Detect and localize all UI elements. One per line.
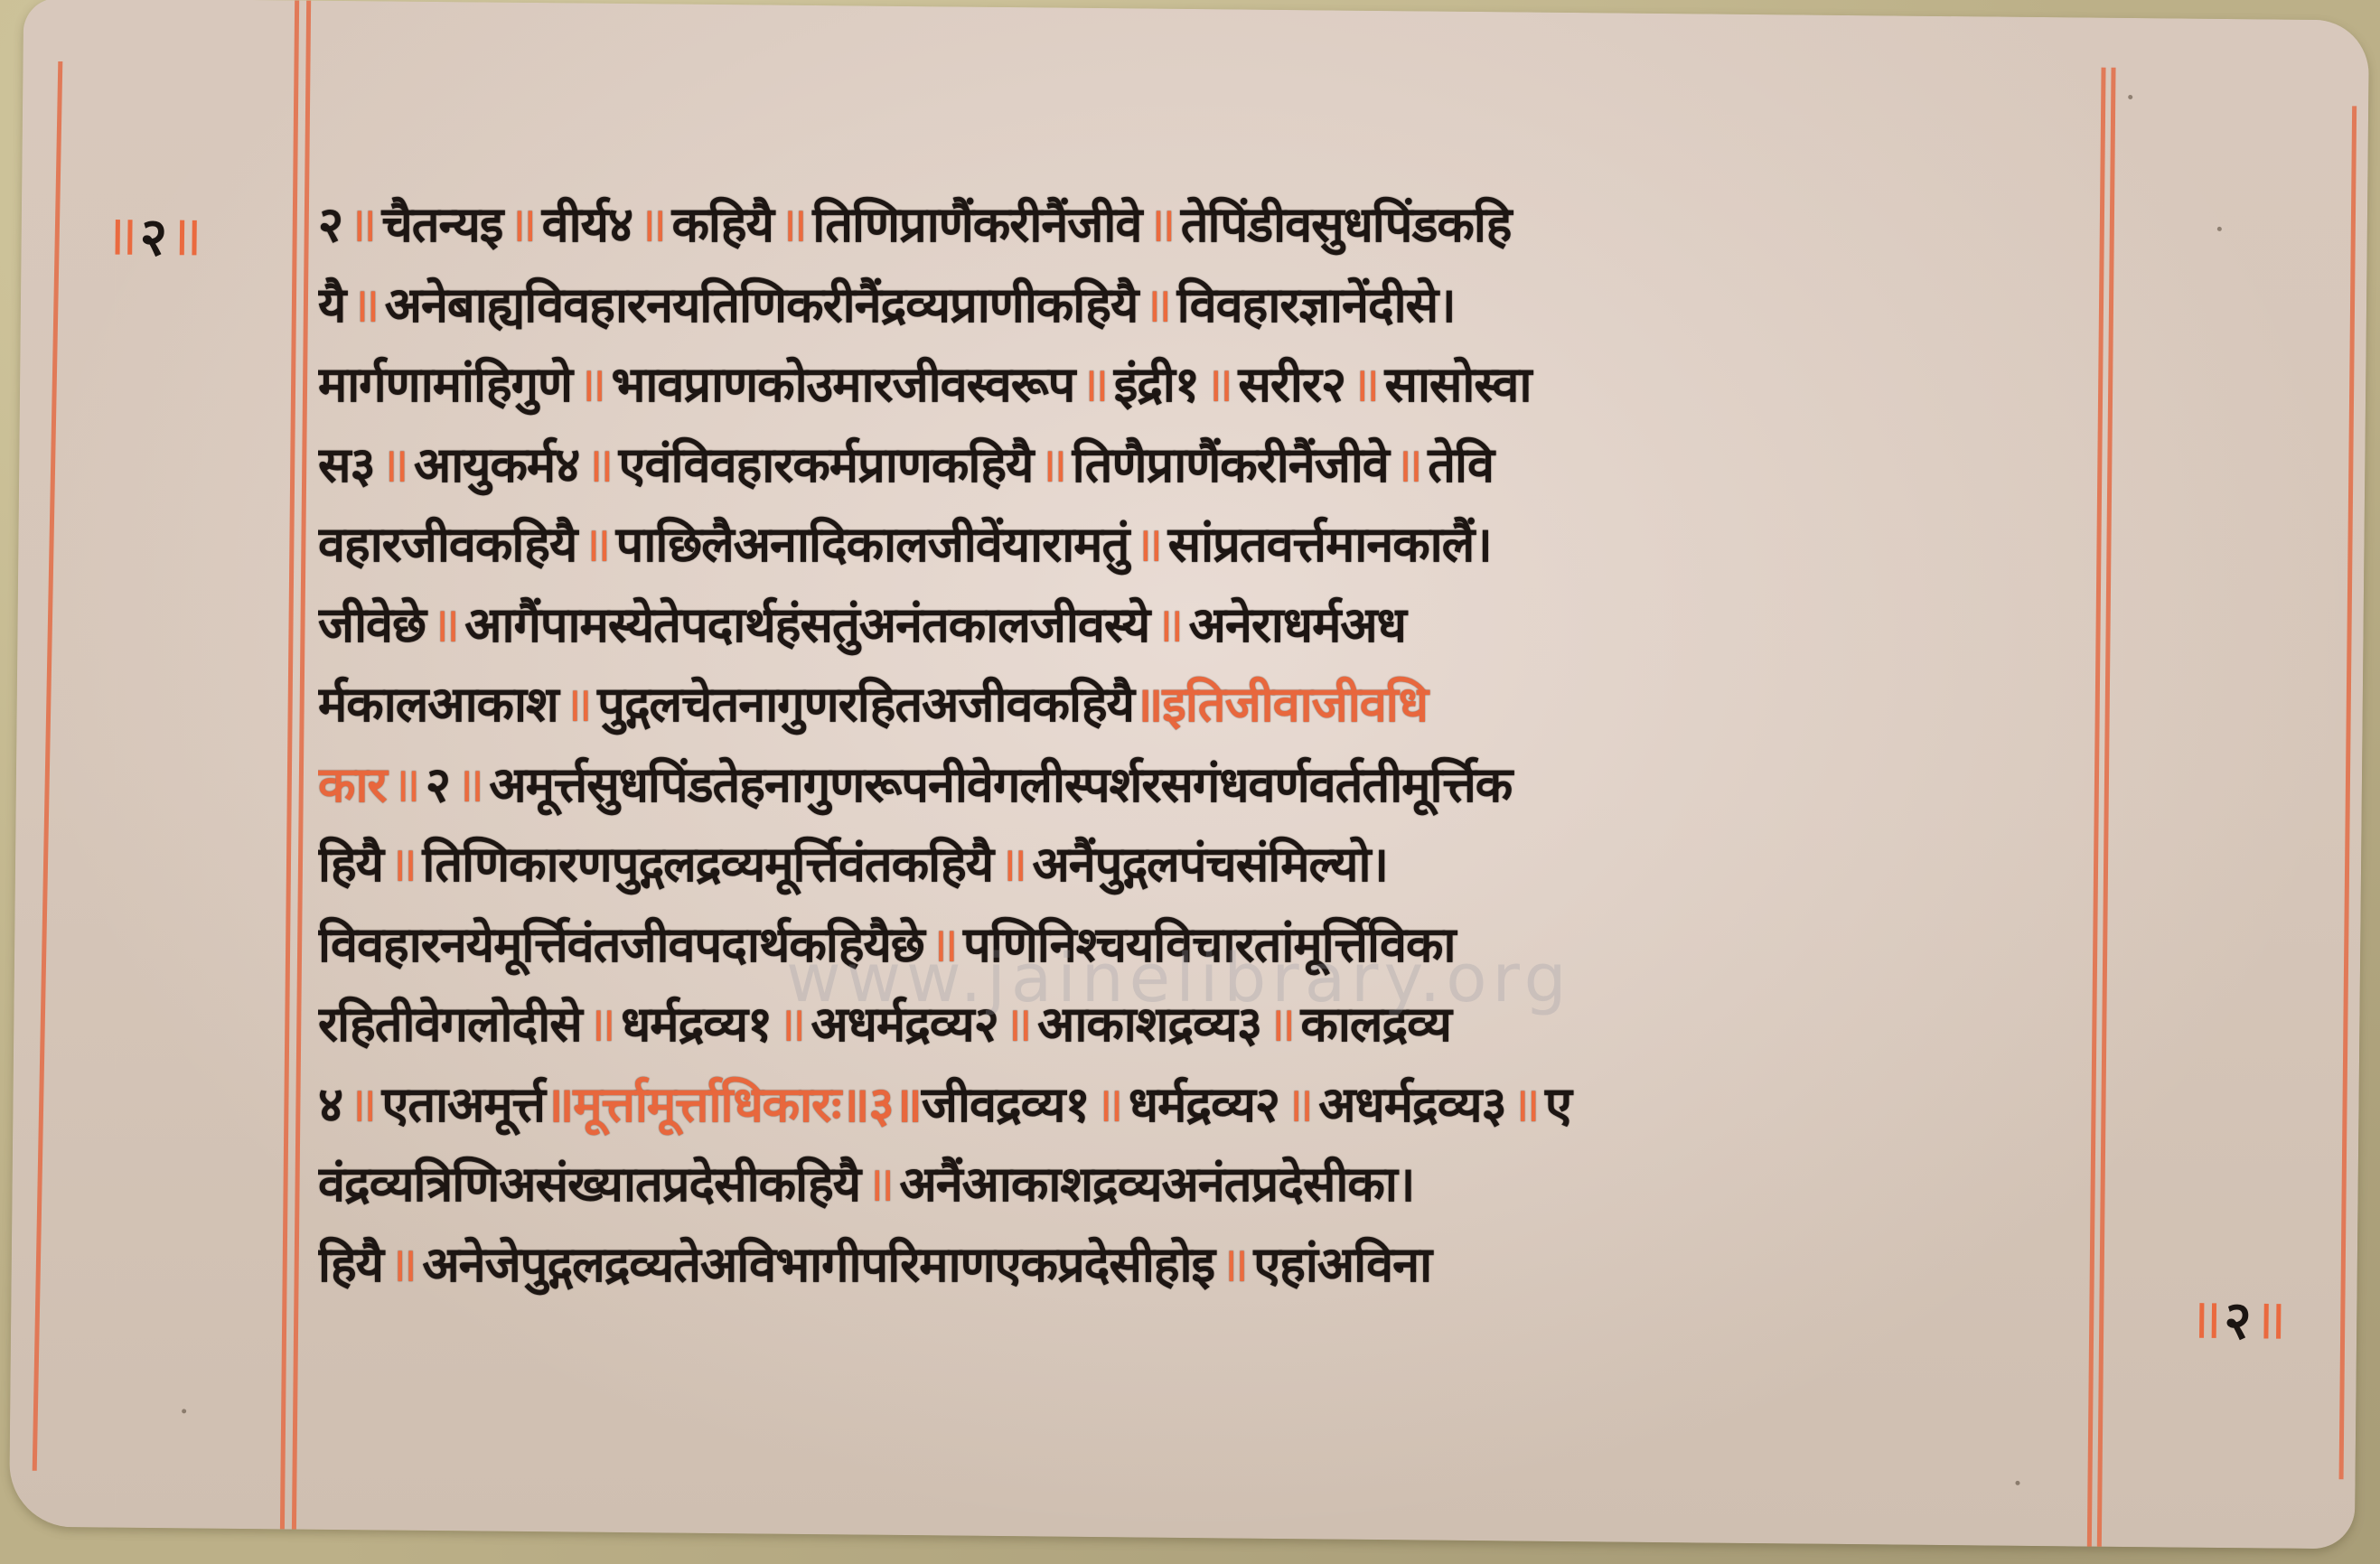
manuscript-line: जीवेछे॥आगैंपामस्येतेपदार्थहंसतुंअनंतकालज… [318,585,2103,666]
danda-mark: ॥ [1261,996,1300,1053]
text-segment: पुद्गलचेतनागुणरहितअजीवकहियै [597,676,1134,733]
text-segment: भावप्राणकोउमारजीवस्वरूप [611,356,1074,413]
rubric-text: ॥इतिजीवाजीवधि [1134,676,1428,733]
danda-mark: ॥ [1214,1236,1253,1293]
text-segment: जीवेछे [318,596,426,653]
danda-mark: ॥ [860,1156,899,1213]
text-segment: यै [318,276,345,333]
rubric-text: कार [318,756,387,813]
text-segment: अनैंपुद्गलपंचसंमिल्यो। [1032,836,1388,893]
text-segment: अनंतकालजीवस्ये [859,596,1149,653]
manuscript-line: ४॥एताअमूर्त्त॥मूर्त्तामूर्त्ताधिकारः॥३॥ज… [318,1065,2103,1146]
danda-mark: ॥ [582,996,621,1053]
paper-speck [2217,227,2222,231]
text-segment: ए [1545,1076,1571,1133]
danda-mark: ॥ [2188,1286,2225,1352]
left-margin-folio-number: ॥२॥ [104,195,204,272]
danda-mark: ॥ [342,196,381,253]
danda-mark: ॥ [558,676,597,733]
danda-mark: ॥ [773,196,812,253]
danda-mark: ॥ [772,996,811,1053]
danda-mark: ॥ [924,916,963,973]
text-segment: विवहारनयेमूर्त्तिवंतजीवपदार्थकहियैछे [318,916,924,973]
danda-mark: ॥ [345,276,384,333]
text-segment: अमूर्त्तसुधपिंडतेहनागुणरूपनीवेगलीस्पर्शर… [489,756,1512,813]
manuscript-line: रहितीवेगलोदीसे॥धर्मद्रव्य१॥अधर्मद्रव्य२॥… [318,985,2103,1065]
manuscript-text-block: २॥चैतन्यइ॥वीर्य४॥कहियै॥तिणिप्राणैंकरीनैं… [318,185,2103,1305]
text-segment: स३ [318,436,375,493]
text-segment: तेवि [1428,436,1494,493]
text-segment: इंद्री१ [1114,356,1199,413]
danda-mark: ॥ [576,516,615,573]
text-segment: र्मकालआकाश [318,676,558,733]
text-segment: सरीर२ [1238,356,1345,413]
manuscript-line: यै॥अनेबाह्यविवहारनयतिणिकरीनैंद्रव्यप्राण… [318,266,2103,346]
text-segment: हियै [318,1236,383,1293]
text-segment: कालद्रव्य [1300,996,1451,1053]
text-segment: सासोस्वा [1384,356,1531,413]
manuscript-line: स३॥आयुकर्म४॥एवंविवहारकर्मप्राणकहियै॥तिणै… [318,426,2103,506]
manuscript-line: कार॥२॥अमूर्त्तसुधपिंडतेहनागुणरूपनीवेगलीस… [318,745,2103,826]
right-outer-ruling [2339,106,2357,1479]
text-segment: अनेराधर्मअध [1189,596,1406,653]
text-segment: वंद्रव्यत्रिणिअसंख्यातप्रदेसीकहियै [318,1156,860,1213]
manuscript-line: हियै॥अनेजेपुद्गलद्रव्यतेअविभागीपरिमाणएकप… [318,1225,2103,1306]
text-segment: अनेबाह्यविवहारनयतिणिकरीनैंद्रव्यप्राणीकह… [385,276,1138,333]
text-segment: २ [426,756,450,813]
danda-mark: ॥ [169,202,205,268]
text-segment: तिणिप्राणैंकरीनैंजीवे [812,196,1141,253]
danda-mark: ॥ [998,996,1037,1053]
paper-speck [2015,1481,2019,1485]
manuscript-line: विवहारनयेमूर्त्तिवंतजीवपदार्थकहियैछे॥पणि… [318,905,2103,986]
danda-mark: ॥ [1389,436,1428,493]
danda-mark: ॥ [1279,1076,1318,1133]
text-segment: हियै [318,836,383,893]
danda-mark: ॥ [502,196,541,253]
manuscript-line: हियै॥तिणिकारणपुद्गलद्रव्यमूर्त्तिवंतकहिय… [318,825,2103,905]
text-segment: जीवद्रव्य१ [922,1076,1090,1133]
text-segment: अनेजेपुद्गलद्रव्यतेअविभागीपरिमाणएकप्रदेस… [422,1236,1214,1293]
left-outer-ruling [33,61,63,1471]
text-segment: चैतन्यइ [381,196,502,253]
text-segment: वीर्य४ [542,196,632,253]
manuscript-line: वहारजीवकहियै॥पाछिलैअनादिकालजीवेंयारामतुं… [318,505,2103,585]
text-segment: धर्मद्रव्य२ [1129,1076,1279,1133]
text-segment: कहियै [671,196,773,253]
danda-mark: ॥ [1141,196,1180,253]
paper-speck [2128,95,2132,99]
manuscript-line: २॥चैतन्यइ॥वीर्य४॥कहियै॥तिणिप्राणैंकरीनैं… [318,185,2103,266]
text-segment: विवहारज्ञानेंदीसे। [1177,276,1456,333]
text-segment: तिणिकारणपुद्गलद्रव्यमूर्त्तिवंतकहियै [422,836,993,893]
text-segment: धर्मद्रव्य१ [621,996,772,1053]
text-segment: २ [318,196,342,253]
text-segment: ४ [318,1076,342,1133]
manuscript-line: र्मकालआकाश॥पुद्गलचेतनागुणरहितअजीवकहियै॥इ… [318,665,2103,745]
text-segment: सांप्रतवर्त्तमानकालैं। [1168,516,1492,573]
danda-mark: ॥ [1129,516,1167,573]
text-segment: आगैंपामस्येतेपदार्थहंसतुं [464,596,858,653]
danda-mark: ॥ [1090,1076,1129,1133]
text-segment: पाछिलैअनादिकालजीवेंयारामतुं [616,516,1129,573]
danda-mark: ॥ [104,201,140,267]
text-segment: अधर्मद्रव्य३ [1318,1076,1505,1133]
rubric-text: ॥मूर्त्तामूर्त्ताधिकारः॥३॥ [545,1076,922,1133]
danda-mark: ॥ [1033,436,1072,493]
danda-mark: ॥ [1506,1076,1545,1133]
text-segment: रहितीवेगलोदीसे [318,996,582,1053]
text-segment: पणिनिश्चयविचारतांमूर्त्तिविका [963,916,1455,973]
danda-mark: ॥ [572,356,611,413]
danda-mark: ॥ [579,436,618,493]
text-segment: अधर्मद्रव्य२ [811,996,998,1053]
danda-mark: ॥ [1074,356,1113,413]
text-segment: वहारजीवकहियै [318,516,576,573]
right-margin-folio-number: ॥२॥ [2188,1279,2289,1356]
danda-mark: ॥ [1345,356,1384,413]
text-segment: एवंविवहारकर्मप्राणकहियै [619,436,1034,493]
danda-mark: ॥ [1149,596,1188,653]
text-segment: मार्गणामांहिगुणे [318,356,572,413]
text-segment: आयुकर्म४ [414,436,579,493]
danda-mark: ॥ [375,436,414,493]
text-segment: एहांअविना [1253,1236,1431,1293]
danda-mark: ॥ [383,1236,422,1293]
text-segment: तिणैप्राणैंकरीनैंजीवे [1073,436,1389,493]
danda-mark: ॥ [993,836,1032,893]
danda-mark: ॥ [1138,276,1176,333]
text-segment: तेपिंडीवसुधपिंडकहि [1181,196,1512,253]
danda-mark: ॥ [426,596,464,653]
paper-speck [182,1409,186,1413]
danda-mark: ॥ [2253,1286,2289,1352]
text-segment: आकाशद्रव्य३ [1037,996,1261,1053]
danda-mark: ॥ [450,756,489,813]
danda-mark: ॥ [387,756,426,813]
manuscript-line: मार्गणामांहिगुणे॥भावप्राणकोउमारजीवस्वरूप… [318,345,2103,426]
text-segment: अनैंआकाशद्रव्यअनंतप्रदेसीका। [899,1156,1414,1213]
danda-mark: ॥ [1199,356,1238,413]
danda-mark: ॥ [632,196,671,253]
manuscript-line: वंद्रव्यत्रिणिअसंख्यातप्रदेसीकहियै॥अनैंआ… [318,1145,2103,1225]
danda-mark: ॥ [342,1076,381,1133]
text-segment: एताअमूर्त्त [381,1076,545,1133]
danda-mark: ॥ [383,836,422,893]
